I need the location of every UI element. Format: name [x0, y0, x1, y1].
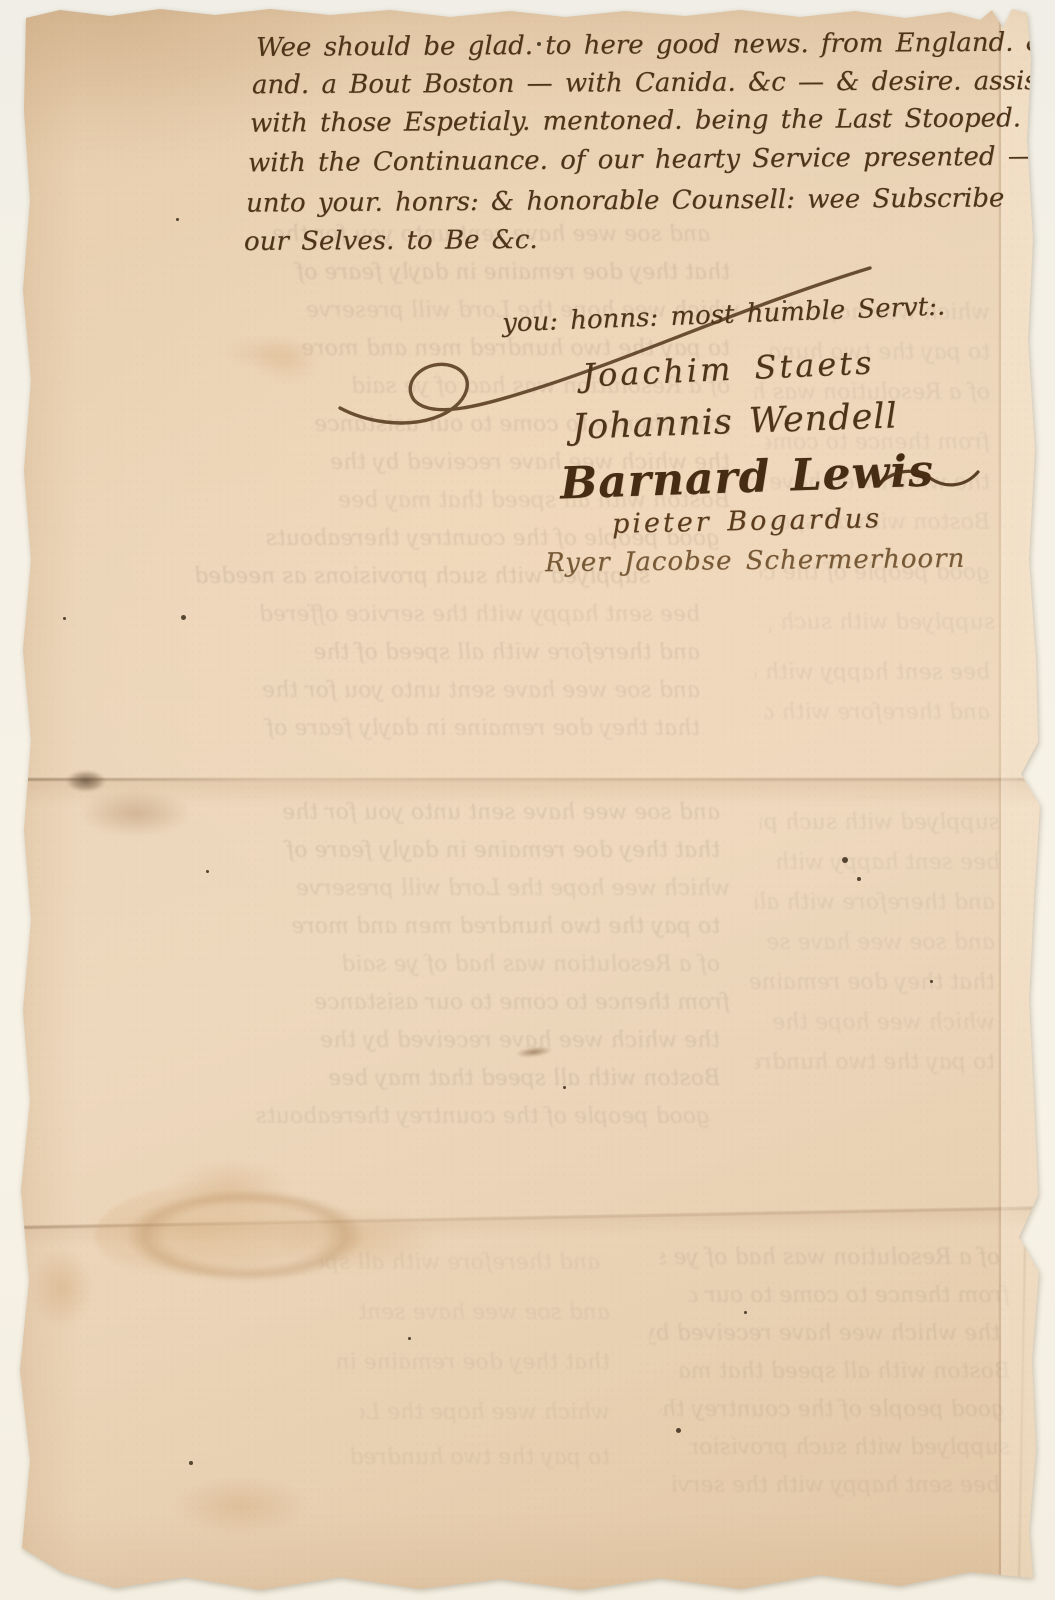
- ink-speck: [63, 617, 66, 620]
- ink-speck: [408, 1337, 411, 1340]
- fold-line-vertical-right: [999, 0, 1001, 1600]
- bleedthrough-line: and therefore with all speed of the: [319, 1250, 601, 1278]
- bleedthrough-line: good people of the countrey thereabouts: [659, 1397, 1006, 1425]
- bleedthrough-line: and therefore with all speed of the: [764, 700, 991, 728]
- scanned-manuscript-page: and soe wee have sent unto you for theth…: [0, 0, 1055, 1600]
- bleedthrough-line: of a Resolution was had of ye said: [659, 1245, 1001, 1273]
- large-damp-stain-upper-lobe: [150, 1150, 310, 1220]
- bleedthrough-line: and therefore with all speed of the: [754, 890, 996, 918]
- bottom-left-stain: [150, 1468, 330, 1543]
- letter-line: Wee should be glad. to here good news. f…: [256, 27, 1055, 63]
- bleedthrough-line: from thence to come to our asistance: [689, 1283, 1011, 1311]
- bleedthrough-line: to pay the two hundred men and more: [339, 1445, 611, 1473]
- bleedthrough-line: bee sent happy with the service offered: [769, 850, 1001, 878]
- ink-speck: [176, 218, 179, 221]
- signature-tilde-flourish: [872, 466, 982, 494]
- bleedthrough-line: good people of the countrey thereabouts: [169, 1104, 711, 1132]
- bleedthrough-line: the which wee have received by the: [99, 1028, 721, 1056]
- bleedthrough-line: that they doe remaine in dayly feare of: [749, 970, 996, 998]
- large-damp-stain-tail: [250, 1200, 460, 1280]
- bleedthrough-line: supplyed with such provisions as needed: [759, 810, 1001, 838]
- bleedthrough-line: of a Resolution was had of ye said: [159, 952, 721, 980]
- bleedthrough-line: that they doe remaine in dayly feare of: [329, 1350, 611, 1378]
- letter-line: and. a Bout Boston — with Canida. &c — &…: [252, 66, 1055, 100]
- letter-line: unto your. honrs: & honorable Counsell: …: [246, 183, 1005, 218]
- paper-sheet: and soe wee have sent unto you for theth…: [0, 0, 1055, 1600]
- ink-speck: [676, 1428, 681, 1433]
- bleedthrough-line: supplyed with such provisions as needed: [769, 610, 996, 638]
- letter-line: with those Espetialy. mentoned. being th…: [250, 103, 1021, 138]
- left-edge-stain: [22, 1238, 102, 1338]
- bleedthrough-line: that they doe remaine in dayly feare of: [109, 716, 701, 744]
- bleedthrough-line: which wee hope the Lord will preserve: [764, 1010, 996, 1038]
- bleedthrough-line: and soe wee have sent unto you for the: [764, 930, 996, 958]
- bleedthrough-line: Boston with all speed that may bee: [679, 1359, 1011, 1387]
- letter-line: our Selves. to Be &c.: [244, 225, 538, 257]
- fold-vertical-highlight: [1001, 0, 1039, 1600]
- ink-speck: [857, 877, 861, 881]
- large-damp-stain: [95, 1178, 395, 1293]
- fold-lower-shadow: [18, 1208, 1038, 1248]
- bleedthrough-line: and soe wee have sent unto you for the: [349, 1300, 611, 1328]
- bleedthrough-line: and soe wee have sent unto you for the: [139, 678, 701, 706]
- ink-speck: [206, 870, 209, 873]
- bleedthrough-line: which wee hope the Lord will preserve: [359, 1400, 611, 1428]
- crease-vertical-lower-right: [1018, 1240, 1026, 1585]
- fold-middle-shadow: [22, 781, 1036, 807]
- ink-speck: [744, 1311, 747, 1314]
- letter-line: with the Continuance. of our hearty Serv…: [248, 142, 1034, 179]
- bleedthrough-line: the which wee have received by the: [649, 1321, 1001, 1349]
- ink-speck: [930, 980, 933, 983]
- bleedthrough-line: and therefore with all speed of the: [99, 640, 701, 668]
- fold-left-crease-shadow: [60, 782, 210, 844]
- ink-speck: [563, 1086, 566, 1089]
- paper-drop-shadow: and soe wee have sent unto you for theth…: [0, 0, 1055, 1600]
- bleedthrough-line: that they doe remaine in dayly feare of: [109, 838, 721, 866]
- ink-speck: [181, 615, 186, 620]
- bleedthrough-line: bee sent happy with the service offered: [754, 660, 991, 688]
- bleedthrough-line: from thence to come to our asistance: [129, 990, 731, 1018]
- bleedthrough-line: which wee hope the Lord will preserve: [149, 876, 731, 904]
- bleedthrough-line: bee sent happy with the service offered: [669, 1473, 1001, 1501]
- bleedthrough-line: and soe wee have sent unto you for the: [139, 800, 721, 828]
- bleedthrough-line: to pay the two hundred men and more: [119, 914, 721, 942]
- mid-page-brown-smudge: [511, 1043, 556, 1060]
- bleedthrough-line: bee sent happy with the service offered: [129, 602, 701, 630]
- bleedthrough-line: Boston with all speed that may bee: [139, 1066, 721, 1094]
- fold-line-lower: [18, 1206, 1038, 1229]
- ink-speck: [189, 1461, 193, 1465]
- bleedthrough-line: to pay the two hundred men and more: [754, 1050, 996, 1078]
- ink-speck: [842, 857, 848, 863]
- bleedthrough-line: supplyed with such provisions as needed: [689, 1435, 1011, 1463]
- fold-left-ink-blot: [66, 770, 106, 792]
- fold-line-middle: [22, 778, 1036, 781]
- signature-pieter-bogardus: pieter Bogardus: [612, 503, 883, 540]
- signature-ryer-jacobse-schermerhoorn: Ryer Jacobse Schermerhoorn: [545, 544, 966, 578]
